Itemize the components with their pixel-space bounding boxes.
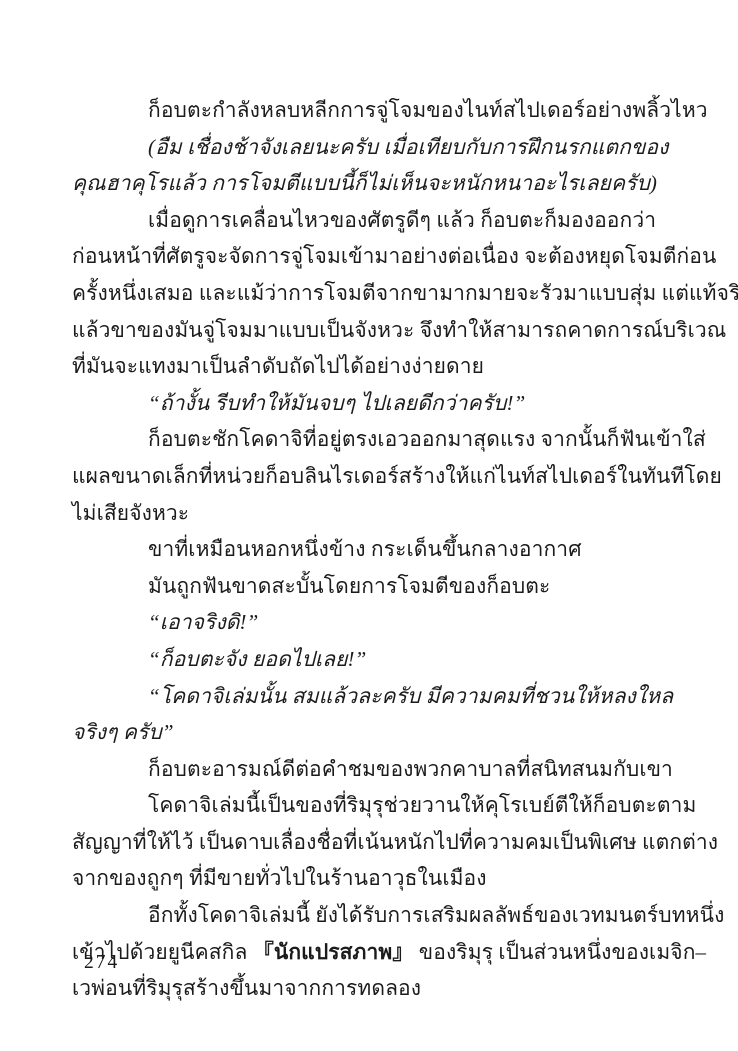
text-segment: จริงๆ ครับ” [72, 720, 174, 744]
text-line: สัญญาที่ให้ไว้ เป็นดาบเลื่องชื่อที่เน้นห… [72, 824, 672, 861]
text-segment: เมื่อดูการเคลื่อนไหวของศัตรูดีๆ แล้ว ก็อ… [148, 208, 656, 232]
text-segment: สัญญาที่ให้ไว้ เป็นดาบเลื่องชื่อที่เน้นห… [72, 830, 718, 854]
text-line: (อืม เชื่องช้าจังเลยนะครับ เมื่อเทียบกับ… [72, 129, 672, 166]
text-line: แผลขนาดเล็กที่หน่วยก็อบลินไรเดอร์สร้างให… [72, 458, 672, 495]
book-page: ก็อบตะกำลังหลบหลีกการจู่โจมของไนท์สไปเดอ… [0, 0, 738, 1051]
text-segment: โคดาจิเล่มนี้เป็นของที่ริมุรุช่วยวานให้ค… [148, 793, 696, 817]
text-segment: เวพ่อนที่ริมุรุสร้างขึ้นมาจากการทดลอง [72, 976, 421, 1000]
text-segment: จากของถูกๆ ที่มีขายทั่วไปในร้านอาวุธในเม… [72, 866, 487, 890]
text-segment: ก่อนหน้าที่ศัตรูจะจัดการจู่โจมเข้ามาอย่า… [72, 244, 716, 268]
text-segment: แผลขนาดเล็กที่หน่วยก็อบลินไรเดอร์สร้างให… [72, 464, 722, 488]
page-number: 274 [84, 952, 119, 974]
text-line: “ถ้างั้น รีบทำให้มันจบๆ ไปเลยดีกว่าครับ!… [72, 385, 672, 422]
text-line: ก่อนหน้าที่ศัตรูจะจัดการจู่โจมเข้ามาอย่า… [72, 238, 672, 275]
text-line: ก็อบตะอารมณ์ดีต่อคำชมของพวกคาบาลที่สนิทส… [72, 751, 672, 788]
text-line: ไม่เสียจังหวะ [72, 495, 672, 532]
text-line: เวพ่อนที่ริมุรุสร้างขึ้นมาจากการทดลอง [72, 970, 672, 1007]
text-line: เมื่อดูการเคลื่อนไหวของศัตรูดีๆ แล้ว ก็อ… [72, 202, 672, 239]
text-segment: “ก็อบตะจัง ยอดไปเลย!” [148, 647, 366, 671]
text-segment: ก็อบตะอารมณ์ดีต่อคำชมของพวกคาบาลที่สนิทส… [148, 757, 673, 781]
text-segment: คุณฮาคุโรแล้ว การโจมตีแบบนี้ก็ไม่เห็นจะห… [72, 171, 657, 195]
text-line: ก็อบตะกำลังหลบหลีกการจู่โจมของไนท์สไปเดอ… [72, 92, 672, 129]
text-line: จริงๆ ครับ” [72, 714, 672, 751]
text-segment: ไม่เสียจังหวะ [72, 501, 189, 525]
text-segment: “ถ้างั้น รีบทำให้มันจบๆ ไปเลยดีกว่าครับ!… [148, 391, 525, 415]
text-segment: ก็อบตะกำลังหลบหลีกการจู่โจมของไนท์สไปเดอ… [148, 98, 708, 122]
text-line: จากของถูกๆ ที่มีขายทั่วไปในร้านอาวุธในเม… [72, 860, 672, 897]
text-segment: ก็อบตะชักโคดาจิที่อยู่ตรงเอวออกมาสุดแรง … [148, 427, 706, 451]
body-text: ก็อบตะกำลังหลบหลีกการจู่โจมของไนท์สไปเดอ… [72, 92, 672, 1007]
text-line: “โคดาจิเล่มนั้น สมแล้วละครับ มีความคมที่… [72, 678, 672, 715]
text-line: ขาที่เหมือนหอกหนึ่งข้าง กระเด็นขึ้นกลางอ… [72, 531, 672, 568]
text-line: ก็อบตะชักโคดาจิที่อยู่ตรงเอวออกมาสุดแรง … [72, 421, 672, 458]
text-segment: ครั้งหนึ่งเสมอ และแม้ว่าการโจมตีจากขามาก… [72, 281, 738, 305]
text-line: โคดาจิเล่มนี้เป็นของที่ริมุรุช่วยวานให้ค… [72, 787, 672, 824]
text-line: ครั้งหนึ่งเสมอ และแม้ว่าการโจมตีจากขามาก… [72, 275, 672, 312]
text-segment: (อืม เชื่องช้าจังเลยนะครับ เมื่อเทียบกับ… [148, 135, 669, 159]
text-line: เข้าไปด้วยยูนีคสกิล 『นักแปรสภาพ』 ของริมุ… [72, 934, 672, 971]
text-line: “เอาจริงดิ!” [72, 604, 672, 641]
text-segment: ขาที่เหมือนหอกหนึ่งข้าง กระเด็นขึ้นกลางอ… [148, 537, 582, 561]
text-segment: มันถูกฟันขาดสะบั้นโดยการโจมตีของก็อบตะ [148, 574, 550, 598]
text-line: ที่มันจะแทงมาเป็นลำดับถัดไปได้อย่างง่ายด… [72, 348, 672, 385]
text-segment: ที่มันจะแทงมาเป็นลำดับถัดไปได้อย่างง่ายด… [72, 354, 484, 378]
text-line: แล้วขาของมันจู่โจมมาแบบเป็นจังหวะ จึงทำใ… [72, 312, 672, 349]
text-segment: “โคดาจิเล่มนั้น สมแล้วละครับ มีความคมที่… [148, 684, 673, 708]
text-segment: ของริมุรุ เป็นส่วนหนึ่งของเมจิก– [413, 940, 706, 964]
text-segment: อีกทั้งโคดาจิเล่มนี้ ยังได้รับการเสริมผล… [148, 903, 724, 927]
text-line: มันถูกฟันขาดสะบั้นโดยการโจมตีของก็อบตะ [72, 568, 672, 605]
skill-name-emphasis: 『นักแปรสภาพ』 [253, 940, 414, 964]
text-line: คุณฮาคุโรแล้ว การโจมตีแบบนี้ก็ไม่เห็นจะห… [72, 165, 672, 202]
text-line: อีกทั้งโคดาจิเล่มนี้ ยังได้รับการเสริมผล… [72, 897, 672, 934]
text-line: “ก็อบตะจัง ยอดไปเลย!” [72, 641, 672, 678]
text-segment: แล้วขาของมันจู่โจมมาแบบเป็นจังหวะ จึงทำใ… [72, 318, 726, 342]
text-segment: “เอาจริงดิ!” [148, 610, 258, 634]
